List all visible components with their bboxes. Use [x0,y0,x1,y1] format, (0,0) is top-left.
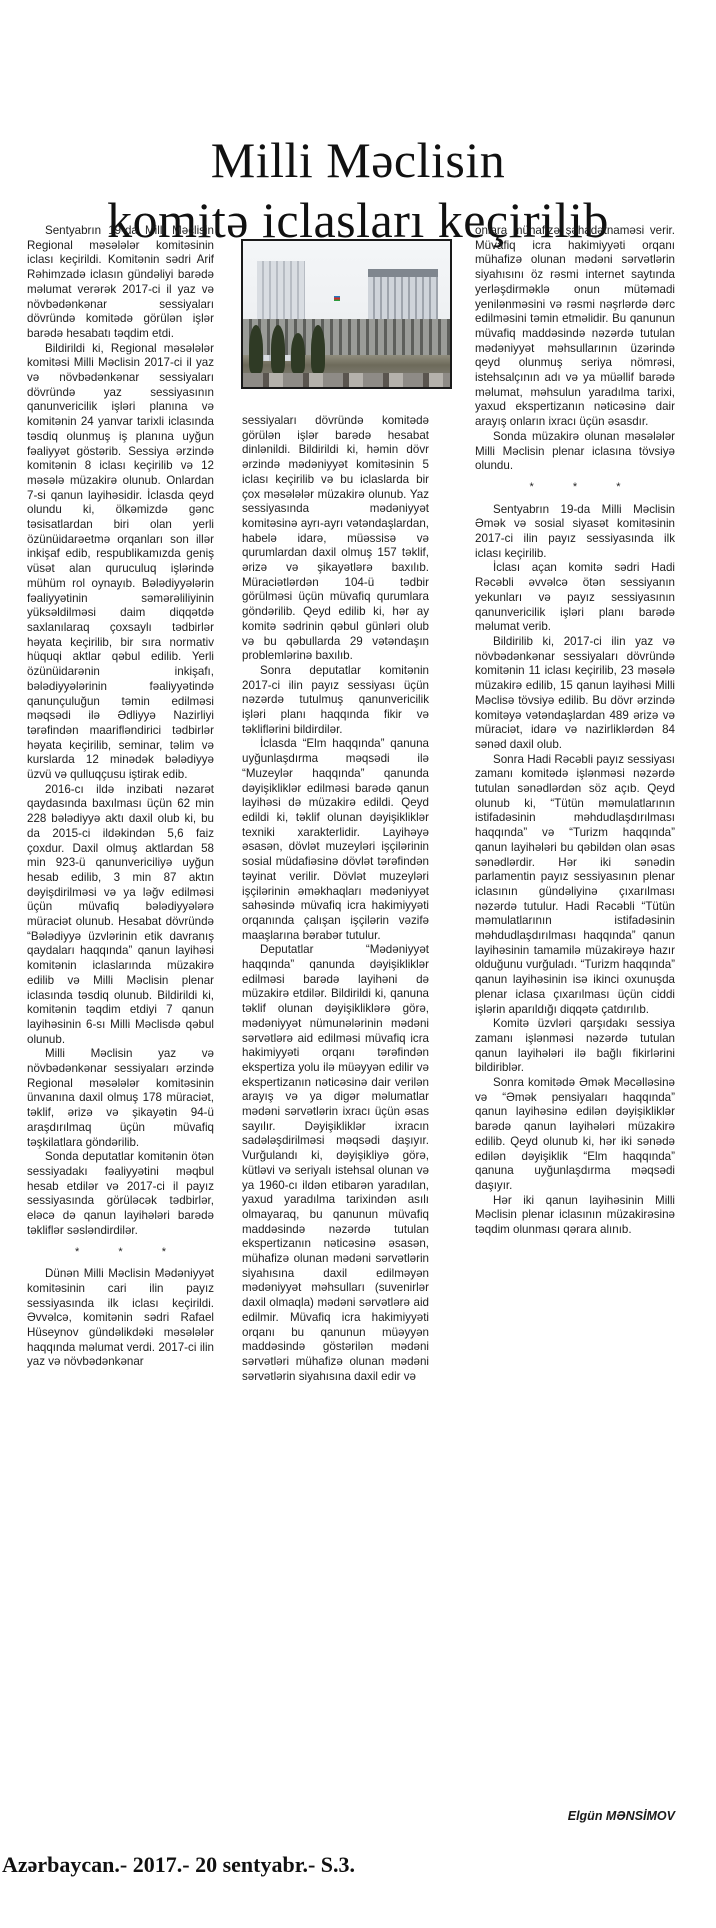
flag-icon [334,296,340,301]
paragraph: Sonra deputatlar komitənin 2017-ci ilin … [242,664,429,738]
paragraph: Sonra komitədə Əmək Məcəlləsinə və “Əmək… [475,1076,675,1194]
article-column-3: onlara mühafizə şəhadətnaməsi verir. Müv… [475,224,675,1238]
parked-cars [243,373,450,387]
paragraph: 2016-cı ildə inzibati nəzarət qaydasında… [27,783,214,1048]
tree [249,325,263,373]
paragraph: Sonra Hadi Rəcəbli payız sessiyası zaman… [475,753,675,1018]
headline-line-1: Milli Məclisin [0,130,716,190]
paragraph: Sentyabrın 19-da Milli Məclisin Regional… [27,224,214,342]
paragraph: sessiyaları dövründə komitədə görülən iş… [242,414,429,664]
paragraph: Sonda müzakirə olunan məsələlər Milli Mə… [475,430,675,474]
tree [291,333,305,373]
section-separator: * * * [475,474,675,503]
paragraph: Sonda deputatlar komitənin ötən sessiyad… [27,1150,214,1238]
paragraph: Hər iki qanun layihəsinin Milli Məclisin… [475,1194,675,1238]
paragraph: onlara mühafizə şəhadətnaməsi verir. Müv… [475,224,675,430]
paragraph: Komitə üzvləri qarşıdakı sessiya zamanı … [475,1017,675,1076]
paragraph: Deputatlar “Mədəniyyət haqqında” qanunda… [242,943,429,1384]
paragraph: Bildirilib ki, 2017-ci ilin yaz və növbə… [475,635,675,753]
tree [311,325,325,373]
article-column-1: Sentyabrın 19-da Milli Məclisin Regional… [27,224,214,1370]
paragraph: Bildirildi ki, Regional məsələlər komitə… [27,342,214,783]
paragraph: İclasda “Elm haqqında” qanuna uyğunlaşdı… [242,737,429,943]
parliament-building-photo [241,239,452,389]
paragraph: İclası açan komitə sədri Hadi Rəcəbli əv… [475,561,675,635]
article-column-2: sessiyaları dövründə komitədə görülən iş… [242,414,429,1384]
paragraph: Sentyabrın 19-da Milli Məclisin Əmək və … [475,503,675,562]
paragraph: Milli Məclisin yaz və növbədənkənar sess… [27,1047,214,1150]
tree [271,325,285,373]
source-citation: Azərbaycan.- 2017.- 20 sentyabr.- S.3. [2,1852,355,1878]
author-byline: Elgün MƏNSİMOV [475,1809,675,1823]
paragraph: Dünən Milli Məclisin Mədəniyyət komitəsi… [27,1267,214,1370]
section-separator: * * * [27,1239,214,1268]
